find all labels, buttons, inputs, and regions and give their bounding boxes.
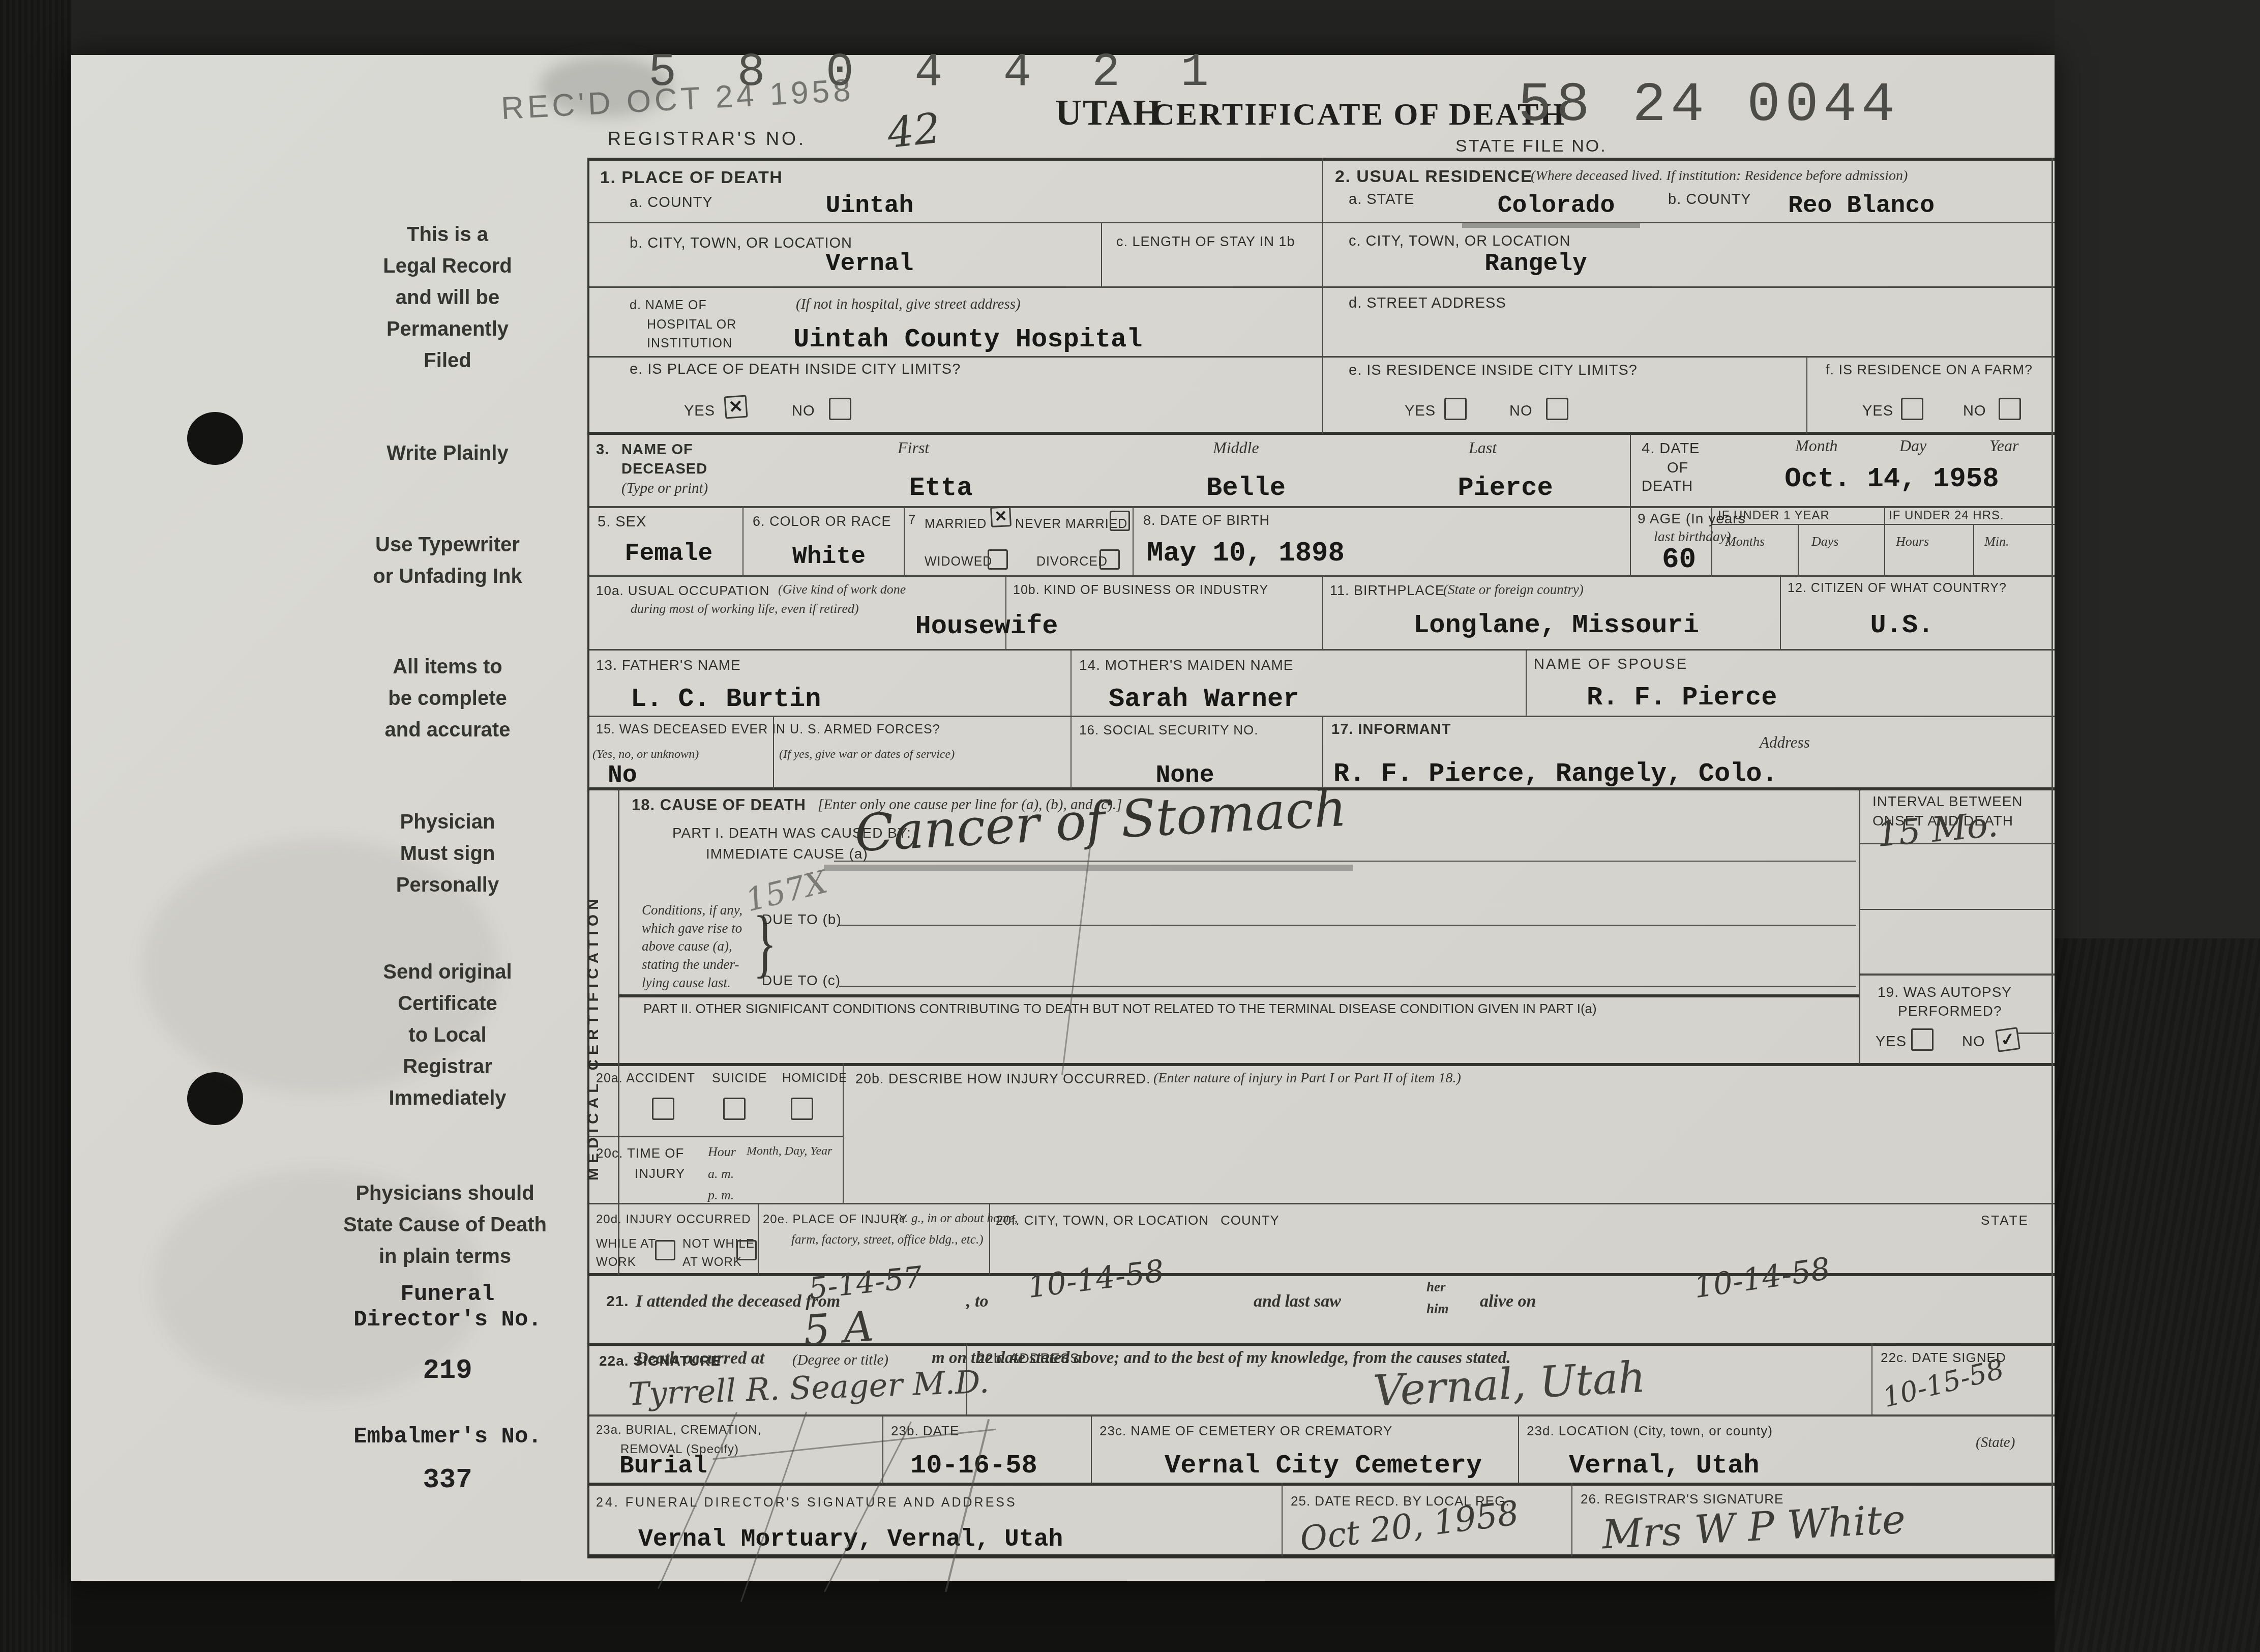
residence-county-value: Reo Blanco <box>1739 192 1983 220</box>
cause-of-death-title: 18. CAUSE OF DEATH <box>632 796 806 814</box>
scan-bg-bottom <box>71 1581 2055 1652</box>
county-label: a. COUNTY <box>630 194 713 211</box>
am-header: a. m. <box>708 1166 734 1182</box>
injury-city-label: 20f. CITY, TOWN, OR LOCATION <box>996 1213 1209 1228</box>
if-under-1-year-label: IF UNDER 1 YEAR <box>1718 509 1830 523</box>
hour-header: Hour <box>708 1144 736 1160</box>
margin-note-physician-sign: Physician Must sign Personally <box>305 806 590 901</box>
cemetery-location-value: Vernal, Utah <box>1569 1451 1759 1481</box>
residence-city-limits-no-label: NO <box>1509 403 1533 420</box>
suicide-checkbox[interactable] <box>723 1098 746 1120</box>
embalmers-no-value: 337 <box>295 1465 600 1496</box>
time-of-injury-label-1: 20c. TIME OF <box>596 1145 684 1161</box>
residence-city-limits-label: e. IS RESIDENCE INSIDE CITY LIMITS? <box>1349 362 1638 379</box>
usual-occupation-label: 10a. USUAL OCCUPATION <box>596 583 769 599</box>
hours-header: Hours <box>1896 534 1929 549</box>
her-label: her <box>1426 1279 1446 1295</box>
middle-name-header: Middle <box>1213 438 1259 457</box>
page-title: CERTIFICATE OF DEATH <box>1152 97 1566 133</box>
margin-note-plain-terms: Physicians should State Cause of Death i… <box>277 1177 613 1272</box>
day-header: Day <box>1899 436 1926 455</box>
attended-text-3: and last saw <box>1254 1292 1341 1311</box>
part2-label: PART II. OTHER SIGNIFICANT CONDITIONS CO… <box>643 1001 1597 1017</box>
city-value: Vernal <box>763 250 976 278</box>
death-city-limits-label: e. IS PLACE OF DEATH INSIDE CITY LIMITS? <box>630 361 961 378</box>
informant-value: R. F. Pierce, Rangely, Colo. <box>1333 759 1778 789</box>
describe-injury-label: 20b. DESCRIBE HOW INJURY OCCURRED. <box>855 1071 1151 1087</box>
residence-farm-yes-label: YES <box>1862 403 1893 420</box>
residence-city-limits-yes-label: YES <box>1405 403 1436 420</box>
while-at-label: WHILE AT <box>596 1237 656 1251</box>
first-name-value: Etta <box>859 473 1022 503</box>
hospital-label-3: INSTITUTION <box>647 336 732 351</box>
degree-title-hint: (Degree or title) <box>792 1352 888 1369</box>
suicide-label: SUICIDE <box>712 1071 767 1086</box>
sex-label: 5. SEX <box>598 514 646 530</box>
birthplace-hint: (State or foreign country) <box>1443 582 1584 598</box>
widowed-label: WIDOWED <box>925 554 992 569</box>
death-city-limits-yes-checkbox[interactable]: ✕ <box>724 395 748 419</box>
scanned-death-certificate: REC'D OCT 24 1958 5 8 0 4 4 2 1 REGISTRA… <box>0 0 2260 1652</box>
residence-farm-yes-checkbox[interactable] <box>1901 398 1923 420</box>
fathers-name-label: 13. FATHER'S NAME <box>596 657 741 673</box>
name-of-deceased-label-1: NAME OF <box>621 441 693 458</box>
margin-note-typewriter: Use Typewriter or Unfading Ink <box>305 529 590 592</box>
name-of-deceased-label-2: DECEASED <box>621 461 707 478</box>
state-col-label: (State) <box>1976 1434 2015 1451</box>
autopsy-label-1: 19. WAS AUTOPSY <box>1878 984 2012 1000</box>
color-race-value: White <box>763 543 895 571</box>
place-of-injury-hint-2: farm, factory, street, office bldg., etc… <box>791 1233 983 1247</box>
marital-num: 7 <box>908 512 916 527</box>
death-time-value: 5 A <box>802 1302 875 1355</box>
city-label: b. CITY, TOWN, OR LOCATION <box>630 235 852 252</box>
mothers-maiden-name-label: 14. MOTHER'S MAIDEN NAME <box>1079 657 1293 673</box>
punch-hole-bottom <box>187 1072 243 1125</box>
usual-occupation-hint-2: during most of working life, even if ret… <box>631 601 859 616</box>
injury-occurred-label: 20d. INJURY OCCURRED <box>596 1213 751 1227</box>
widowed-checkbox[interactable] <box>988 549 1008 570</box>
accident-label: 20a. ACCIDENT <box>596 1071 695 1086</box>
usual-residence-hint: (Where deceased lived. If institution: R… <box>1531 168 1908 184</box>
state-file-no-label: STATE FILE NO. <box>1455 136 1607 156</box>
never-married-checkbox[interactable] <box>1110 511 1130 531</box>
cemetery-label: 23c. NAME OF CEMETERY OR CREMATORY <box>1099 1423 1392 1439</box>
cemetery-value: Vernal City Cemetery <box>1165 1451 1482 1481</box>
hospital-label-1: d. NAME OF <box>630 298 707 313</box>
pm-header: p. m. <box>708 1188 734 1203</box>
margin-note-legal-record: This is a Legal Record and will be Perma… <box>305 219 590 376</box>
county-value: Uintah <box>763 192 976 220</box>
divorced-checkbox[interactable] <box>1099 549 1120 570</box>
immediate-cause-label: IMMEDIATE CAUSE (a) <box>706 846 868 862</box>
date-of-death-label-1: 4. DATE <box>1642 440 1700 457</box>
divorced-label: DIVORCED <box>1036 554 1108 569</box>
accident-checkbox[interactable] <box>652 1098 674 1120</box>
injury-state-label: STATE <box>1981 1213 2029 1228</box>
informant-address-label: Address <box>1760 733 1810 752</box>
address-label: 22b. ADDRESS <box>977 1351 1080 1367</box>
armed-forces-hint-1: (Yes, no, or unknown) <box>592 748 699 761</box>
date-of-birth-value: May 10, 1898 <box>1147 538 1345 569</box>
margin-note-write-plainly: Write Plainly <box>305 437 590 469</box>
autopsy-no-checkbox[interactable]: ✓ <box>1995 1027 2020 1052</box>
birthplace-label: 11. BIRTHPLACE <box>1330 583 1445 599</box>
date-of-birth-label: 8. DATE OF BIRTH <box>1143 513 1270 528</box>
residence-city-limits-yes-checkbox[interactable] <box>1444 398 1467 420</box>
residence-state-value: Colorado <box>1454 192 1658 220</box>
month-day-year-header: Month, Day, Year <box>747 1144 832 1158</box>
interval-label-1: INTERVAL BETWEEN <box>1872 793 2023 810</box>
residence-city-value: Rangely <box>1424 250 1648 278</box>
title-state: UTAH <box>1055 92 1163 134</box>
not-while-work-label: AT WORK <box>682 1255 742 1270</box>
signature-label: 22a. SIGNATURE <box>599 1353 721 1369</box>
conditions-note: Conditions, if any, which gave rise to a… <box>642 901 742 992</box>
residence-farm-no-label: NO <box>1963 403 1986 420</box>
month-header: Month <box>1795 436 1838 455</box>
citizen-label: 12. CITIZEN OF WHAT COUNTRY? <box>1788 581 2007 596</box>
death-city-limits-no-label: NO <box>792 403 815 420</box>
registrars-no-value: 42 <box>885 104 943 158</box>
punch-hole-top <box>187 412 243 465</box>
funeral-directors-no-label: Funeral Director's No. <box>295 1282 600 1333</box>
attended-text-4: alive on <box>1480 1292 1536 1311</box>
date-of-death-label-2: OF <box>1667 460 1688 477</box>
min-header: Min. <box>1984 534 2009 549</box>
usual-occupation-value: Housewife <box>854 611 1119 641</box>
usual-occupation-hint-1: (Give kind of work done <box>778 582 906 597</box>
name-of-spouse-value: R. F. Pierce <box>1587 683 1777 713</box>
autopsy-yes-label: YES <box>1876 1034 1907 1050</box>
hospital-label-2: HOSPITAL OR <box>647 317 736 332</box>
mothers-maiden-name-value: Sarah Warner <box>1109 684 1299 714</box>
first-name-header: First <box>898 438 929 457</box>
name-of-spouse-label: NAME OF SPOUSE <box>1534 656 1688 673</box>
date-of-death-value: Oct. 14, 1958 <box>1739 464 2044 495</box>
if-under-24-hrs-label: IF UNDER 24 HRS. <box>1889 509 2004 523</box>
type-or-print-hint: (Type or print) <box>621 480 708 497</box>
hospital-value: Uintah County Hospital <box>793 324 1143 355</box>
registrars-no-label: REGISTRAR'S NO. <box>608 128 806 150</box>
not-while-at-work-checkbox[interactable] <box>736 1240 757 1260</box>
homicide-label: HOMICIDE <box>782 1071 847 1085</box>
residence-farm-no-checkbox[interactable] <box>1999 398 2021 420</box>
cemetery-location-label: 23d. LOCATION (City, town, or county) <box>1527 1423 1773 1439</box>
state-file-number-stamp: 58 24 0044 <box>1518 74 1899 137</box>
usual-residence-title: 2. USUAL RESIDENCE <box>1335 167 1533 187</box>
birthplace-value: Longlane, Missouri <box>1343 610 1770 640</box>
armed-forces-label: 15. WAS DECEASED EVER IN U. S. ARMED FOR… <box>596 722 940 737</box>
autopsy-no-label: NO <box>1962 1034 1985 1050</box>
last-name-value: Pierce <box>1414 473 1597 503</box>
autopsy-label-2: PERFORMED? <box>1898 1003 2002 1019</box>
death-city-limits-no-checkbox[interactable] <box>829 398 851 420</box>
length-of-stay-label: c. LENGTH OF STAY IN 1b <box>1116 234 1295 250</box>
autopsy-no-strike <box>2018 1032 2054 1034</box>
armed-forces-hint-2: (If yes, give war or dates of service) <box>779 748 955 761</box>
while-at-work-checkbox[interactable] <box>655 1240 675 1260</box>
social-security-label: 16. SOCIAL SECURITY NO. <box>1079 722 1258 738</box>
injury-county-label: COUNTY <box>1221 1213 1280 1228</box>
attended-num: 21. <box>606 1293 629 1310</box>
margin-note-send-original: Send original Certificate to Local Regis… <box>305 956 590 1114</box>
last-name-header: Last <box>1469 438 1497 457</box>
place-of-death-title: 1. PLACE OF DEATH <box>600 168 783 188</box>
informant-label: 17. INFORMANT <box>1331 721 1451 738</box>
burial-value: Burial <box>619 1453 707 1480</box>
street-address-label: d. STREET ADDRESS <box>1349 295 1506 312</box>
date-of-death-label-3: DEATH <box>1642 478 1693 495</box>
residence-state-label: a. STATE <box>1349 191 1414 208</box>
burial-label-1: 23a. BURIAL, CREMATION, <box>596 1423 761 1437</box>
name-of-deceased-num: 3. <box>596 441 609 458</box>
funeral-director-label: 24. FUNERAL DIRECTOR'S SIGNATURE AND ADD… <box>596 1495 1017 1510</box>
months-header: Months <box>1725 534 1765 549</box>
business-industry-label: 10b. KIND OF BUSINESS OR INDUSTRY <box>1013 583 1268 598</box>
days-header: Days <box>1811 534 1838 549</box>
death-city-limits-yes-label: YES <box>684 403 715 420</box>
him-label: him <box>1426 1301 1449 1317</box>
autopsy-yes-checkbox[interactable] <box>1911 1028 1934 1051</box>
citizen-value: U.S. <box>1816 610 1988 640</box>
while-work-label: WORK <box>596 1255 636 1270</box>
scan-bg-left <box>0 0 71 1652</box>
armed-forces-value: No <box>608 762 637 789</box>
fathers-name-value: L. C. Burtin <box>631 684 821 714</box>
sex-value: Female <box>603 540 735 568</box>
residence-city-limits-no-checkbox[interactable] <box>1546 398 1568 420</box>
state-underline-smudge <box>1462 223 1640 228</box>
age-value: 60 <box>1662 543 1696 576</box>
scan-bg-right-upper <box>2055 0 2260 938</box>
married-checkbox[interactable]: ✕ <box>990 506 1012 527</box>
attended-text-2: , to <box>966 1292 988 1311</box>
margin-note-complete-accurate: All items to be complete and accurate <box>305 651 590 746</box>
embalmers-no-label: Embalmer's No. <box>285 1424 610 1450</box>
place-of-injury-label: 20e. PLACE OF INJURY <box>763 1213 908 1227</box>
color-race-label: 6. COLOR OR RACE <box>753 514 891 529</box>
year-header: Year <box>1989 436 2019 455</box>
time-of-injury-label-2: INJURY <box>635 1166 685 1182</box>
medical-certification-sidebar: MEDICAL CERTIFICATION <box>585 804 616 1272</box>
homicide-checkbox[interactable] <box>791 1098 813 1120</box>
married-label: MARRIED <box>925 517 987 532</box>
hospital-hint: (If not in hospital, give street address… <box>796 296 1021 313</box>
scan-bg-right-lower <box>2055 938 2260 1652</box>
residence-farm-label: f. IS RESIDENCE ON A FARM? <box>1826 362 2033 378</box>
due-to-b-label: DUE TO (b) <box>762 911 842 928</box>
due-to-c-label: DUE TO (c) <box>762 972 841 989</box>
funeral-directors-no-value: 219 <box>295 1355 600 1386</box>
describe-injury-hint: (Enter nature of injury in Part I or Par… <box>1153 1070 1461 1086</box>
residence-city-label: c. CITY, TOWN, OR LOCATION <box>1349 233 1570 250</box>
middle-name-value: Belle <box>1165 473 1327 503</box>
